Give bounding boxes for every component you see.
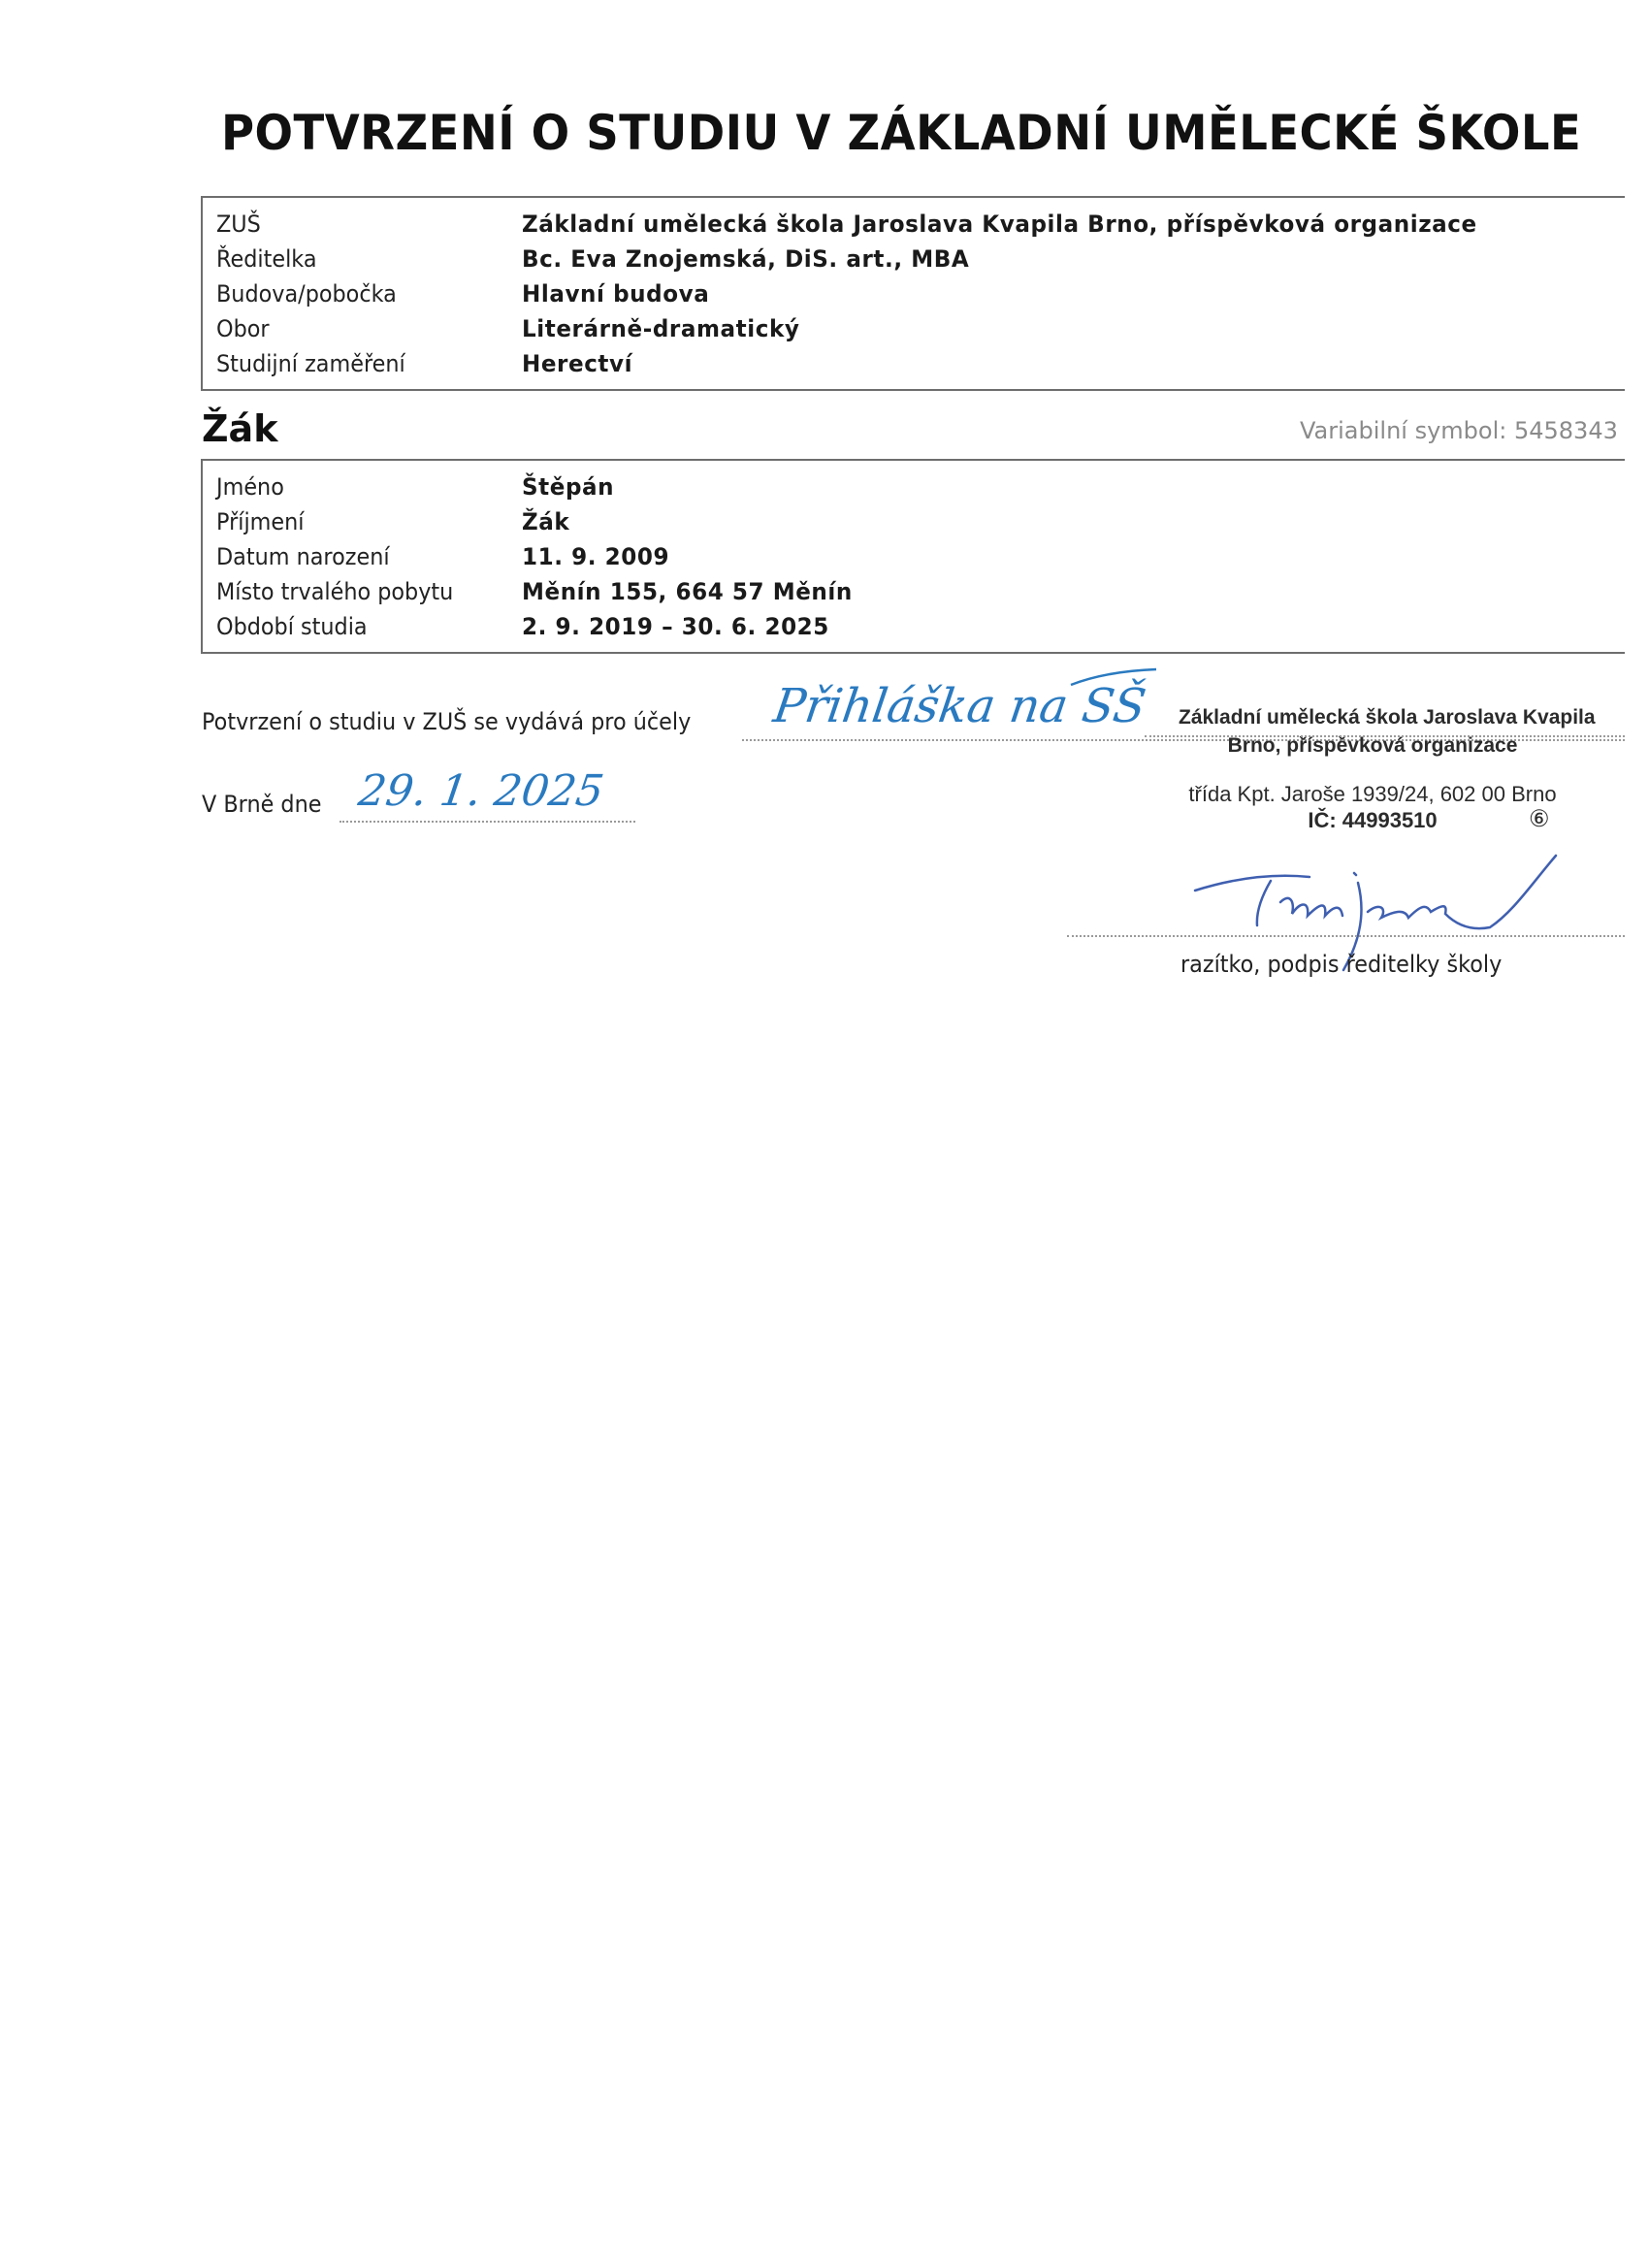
document-title: POTVRZENÍ O STUDIU V ZÁKLADNÍ UMĚLECKÉ Š… <box>221 105 1581 161</box>
purpose-label: Potvrzení o studiu v ZUŠ se vydává pro ú… <box>202 708 691 735</box>
school-row-director: Ředitelka Bc. Eva Znojemská, DiS. art., … <box>216 242 988 276</box>
field-value: Herectví <box>522 350 632 377</box>
school-row-building: Budova/pobočka Hlavní budova <box>216 276 717 311</box>
student-row-surname: Příjmení Žák <box>216 504 571 539</box>
place-date-label: V Brně dne <box>202 791 321 818</box>
field-label: ZUŠ <box>216 211 501 238</box>
field-value: Měnín 155, 664 57 Měnín <box>522 578 853 605</box>
student-row-study-period: Období studia 2. 9. 2019 – 30. 6. 2025 <box>216 609 842 644</box>
field-label: Datum narození <box>216 543 501 570</box>
date-handwritten[interactable]: 29. 1. 2025 <box>355 766 606 816</box>
field-value: Hlavní budova <box>522 280 709 308</box>
school-row-specialization: Studijní zaměření Herectví <box>216 346 637 381</box>
field-label: Obor <box>216 315 501 342</box>
field-label: Místo trvalého pobytu <box>216 578 501 605</box>
signature-dotted-line <box>1067 935 1625 937</box>
school-row-field: Obor Literárně-dramatický <box>216 311 811 346</box>
stamp-dotted-line <box>1145 735 1625 737</box>
field-label: Období studia <box>216 613 501 640</box>
school-info-box: ZUŠ Základní umělecká škola Jaroslava Kv… <box>201 196 1649 391</box>
stamp-line-2: Brno, příspěvková organizace <box>1179 734 1567 758</box>
handwriting-stroke-icon <box>1067 664 1164 693</box>
stamp-line-4: IČ: 44993510 <box>1179 808 1567 833</box>
student-row-residence: Místo trvalého pobytu Měnín 155, 664 57 … <box>216 574 866 609</box>
stamp-number-mark: ⑥ <box>1529 805 1550 833</box>
field-label: Jméno <box>216 473 501 501</box>
field-label: Příjmení <box>216 508 501 535</box>
student-row-first-name: Jméno Štěpán <box>216 470 618 504</box>
field-value: 2. 9. 2019 – 30. 6. 2025 <box>522 613 829 640</box>
field-label: Budova/pobočka <box>216 280 501 308</box>
field-label: Ředitelka <box>216 245 501 273</box>
field-value: Žák <box>522 508 569 535</box>
field-value: Základní umělecká škola Jaroslava Kvapil… <box>522 211 1477 238</box>
field-value: Bc. Eva Znojemská, DiS. art., MBA <box>522 245 969 273</box>
field-value: Štěpán <box>522 473 614 501</box>
scan-right-margin <box>1625 0 1649 2268</box>
field-value: 11. 9. 2009 <box>522 543 669 570</box>
stamp-line-1: Základní umělecká škola Jaroslava Kvapil… <box>1179 706 1567 729</box>
field-value: Literárně-dramatický <box>522 315 799 342</box>
student-info-box: Jméno Štěpán Příjmení Žák Datum narození… <box>201 459 1649 654</box>
date-dotted-line <box>339 821 635 823</box>
field-label: Studijní zaměření <box>216 350 501 377</box>
student-row-birth-date: Datum narození 11. 9. 2009 <box>216 539 675 574</box>
signature-caption: razítko, podpis ředitelky školy <box>1180 951 1502 978</box>
stamp-line-3: třída Kpt. Jaroše 1939/24, 602 00 Brno <box>1179 782 1567 807</box>
variable-symbol: Variabilní symbol: 5458343 <box>1300 417 1625 444</box>
student-heading: Žák <box>202 407 277 450</box>
school-row-zus: ZUŠ Základní umělecká škola Jaroslava Kv… <box>216 207 1517 242</box>
